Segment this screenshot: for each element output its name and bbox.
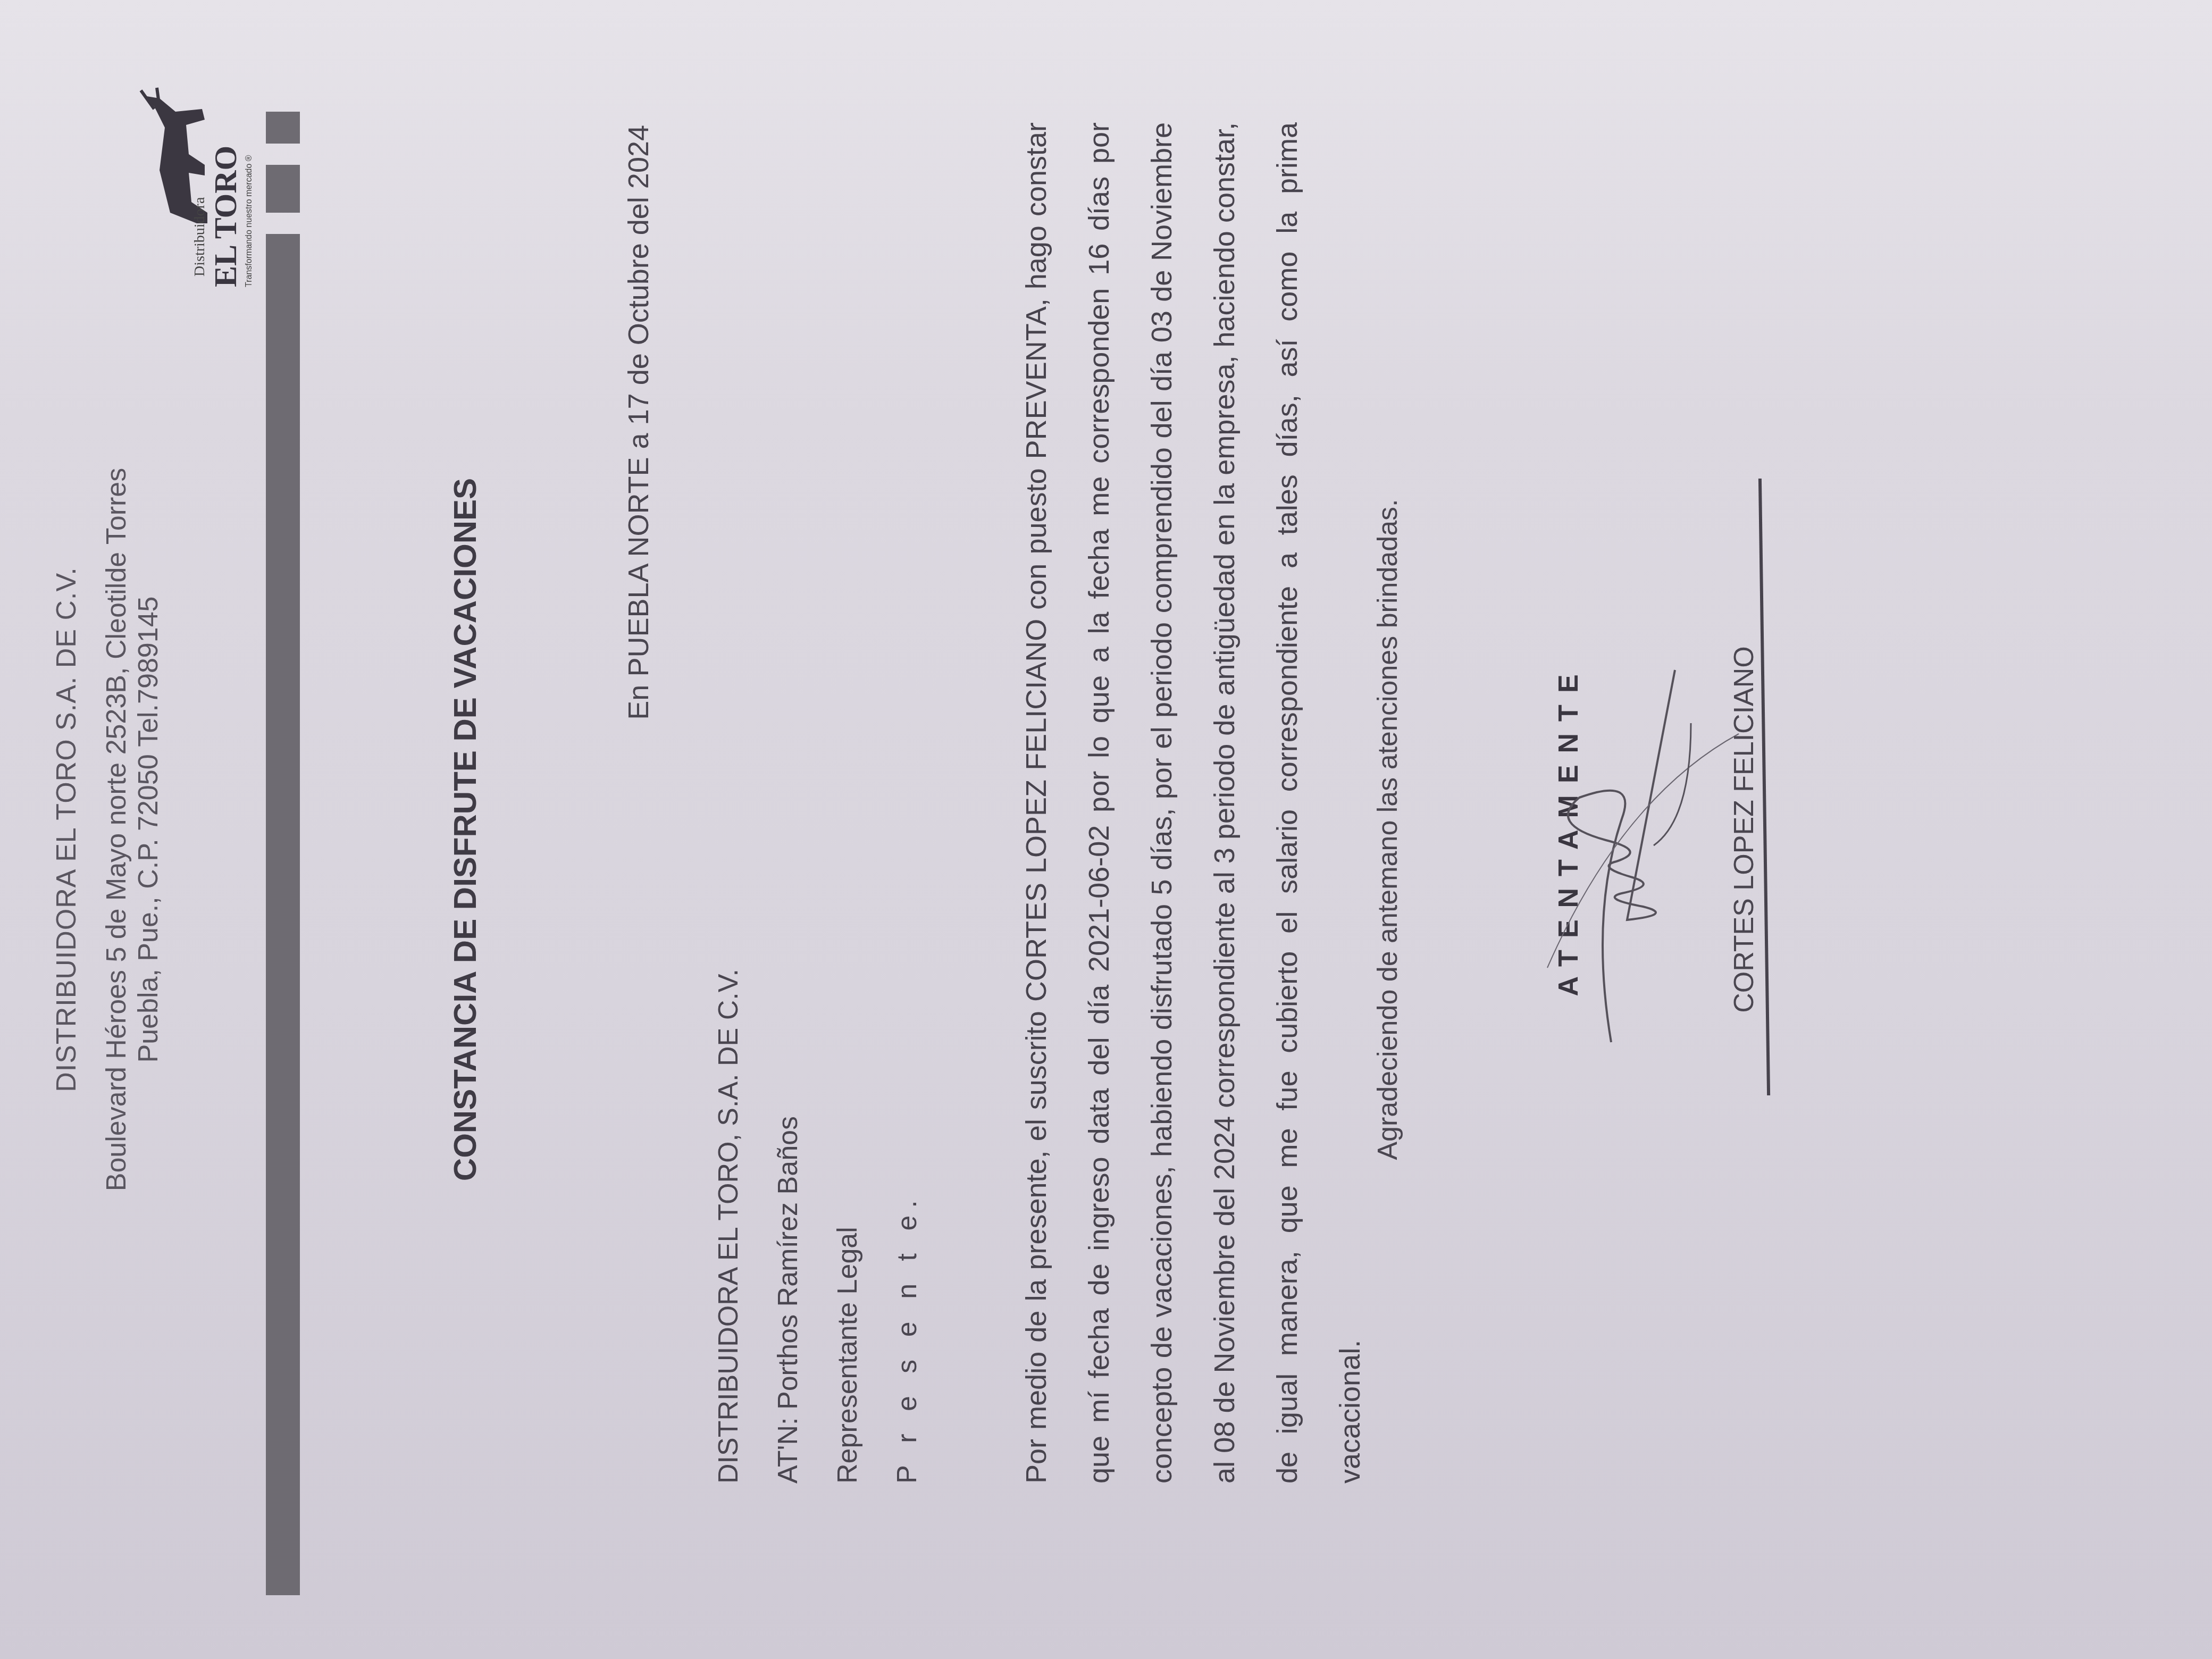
recipient-attention: AT'N: Porthos Ramírez Baños <box>772 969 804 1484</box>
signature-line <box>1758 479 1770 1095</box>
place-date: En PUEBLA NORTE a 17 de Octubre del 2024 <box>622 125 655 720</box>
letterhead-address-1: Boulevard Héroes 5 de Mayo norte 2523B, … <box>100 0 132 1659</box>
letterhead: DISTRIBUIDORA EL TORO S.A. DE C.V. Boule… <box>51 0 164 1659</box>
logo-small-text: Distribuidora <box>191 197 208 276</box>
logo-brand: EL TORO <box>207 146 244 287</box>
document-page: DISTRIBUIDORA EL TORO S.A. DE C.V. Boule… <box>0 0 2212 1659</box>
logo-tagline: Transformando nuestro mercado ® <box>245 155 254 287</box>
signer-name: CORTES LOPEZ FELICIANO <box>1728 0 1760 1659</box>
body-paragraph: Por medio de la presente, el suscrito CO… <box>1005 122 1381 1484</box>
recipient-block: DISTRIBUIDORA EL TORO, S.A. DE C.V. AT'N… <box>713 969 951 1484</box>
company-logo: Distribuidora EL TORO Transformando nues… <box>175 85 351 298</box>
decorative-bar <box>266 234 300 1595</box>
letterhead-address-2: Puebla, Pue., C.P. 72050 Tel.7989145 <box>132 0 164 1659</box>
recipient-role: Representante Legal <box>832 969 864 1484</box>
document-title: CONSTANCIA DE DISFRUTE DE VACACIONES <box>447 0 483 1659</box>
signature-icon <box>1515 596 1755 1074</box>
recipient-greeting: P r e s e n t e. <box>891 969 923 1484</box>
closing-thanks: Agradeciendo de antemano las atenciones … <box>1372 0 1404 1659</box>
recipient-company: DISTRIBUIDORA EL TORO, S.A. DE C.V. <box>713 969 744 1484</box>
letterhead-company: DISTRIBUIDORA EL TORO S.A. DE C.V. <box>51 0 82 1659</box>
